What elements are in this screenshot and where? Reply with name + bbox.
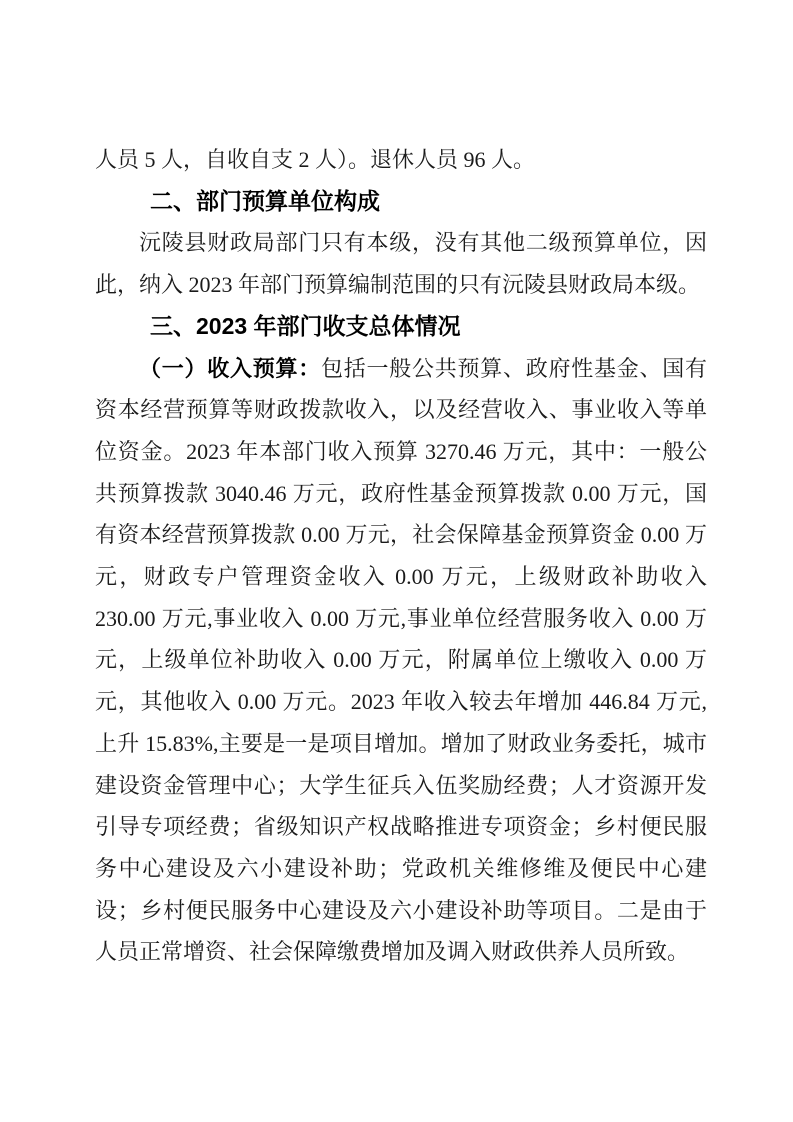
heading-section-3-2023-overall-income-expenditure: 三、2023 年部门收支总体情况 <box>95 306 707 348</box>
paragraph-income-budget: （一）收入预算：包括一般公共预算、政府性基金、国有资本经营预算等财政拨款收入，以… <box>95 348 707 974</box>
paragraph-budget-unit-composition: 沅陵县财政局部门只有本级，没有其他二级预算单位，因此，纳入 2023 年部门预算… <box>95 222 707 305</box>
document-page: 人员 5 人，自收自支 2 人）。退休人员 96 人。 二、部门预算单位构成 沅… <box>0 0 793 1122</box>
paragraph-personnel-continuation: 人员 5 人，自收自支 2 人）。退休人员 96 人。 <box>95 139 707 181</box>
heading-section-2-budget-unit-composition: 二、部门预算单位构成 <box>95 181 707 223</box>
income-budget-body-text: 包括一般公共预算、政府性基金、国有资本经营预算等财政拨款收入，以及经营收入、事业… <box>95 356 707 965</box>
income-budget-lead-label: （一）收入预算： <box>139 356 321 381</box>
